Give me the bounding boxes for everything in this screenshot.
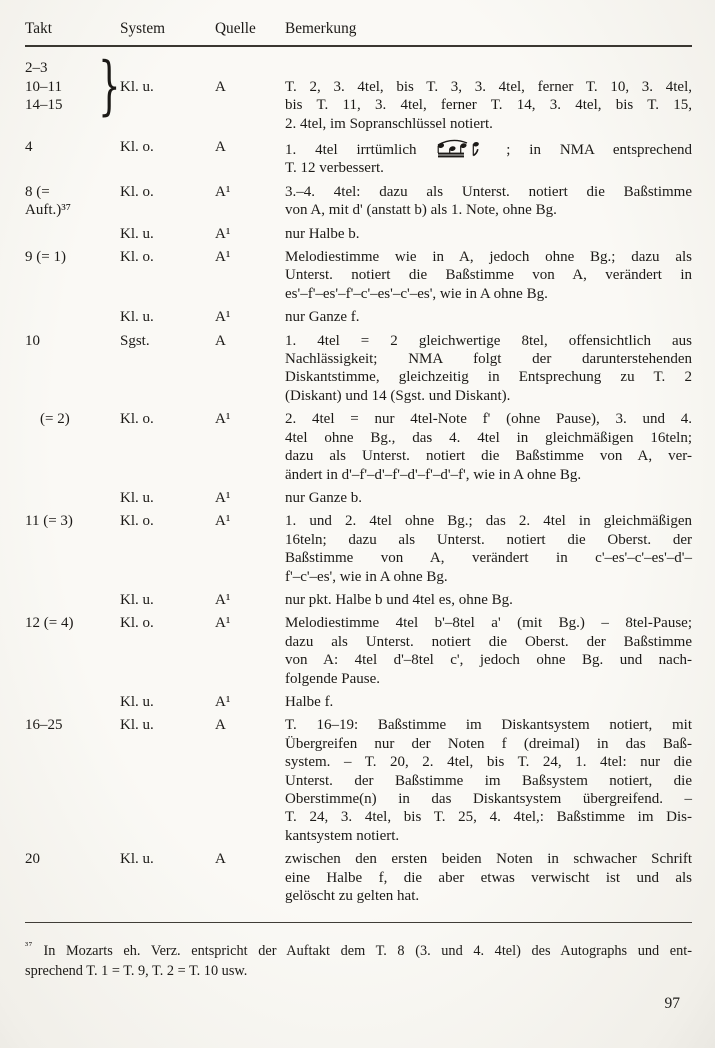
music-notation-icon <box>436 138 486 158</box>
bemerkung-cell: zwischen den ersten beiden Noten in schw… <box>285 850 692 905</box>
bemerkung-text-pre: 1. 4tel irrtümlich <box>285 142 416 158</box>
quelle-cell: A¹ <box>215 225 285 243</box>
table-row: Kl. u. A¹ nur pkt. Halbe b und 4tel es, … <box>25 591 692 609</box>
system-cell: Kl. u. <box>120 308 215 326</box>
takt-cell <box>25 308 120 326</box>
document-page: Takt System Quelle Bemerkung } 2–310–111… <box>0 0 715 1048</box>
bemerkung-cell: nur Ganze f. <box>285 308 692 326</box>
footnote-line-1: ³⁷ In Mozarts eh. Verz. entspricht der A… <box>25 937 692 962</box>
quelle-cell: A¹ <box>215 614 285 688</box>
bemerkung-cell: 1. 4tel = 2 gleichwertige 8tel, offensic… <box>285 332 692 406</box>
system-cell: Kl. o. <box>120 512 215 586</box>
footnote-section: ³⁷ In Mozarts eh. Verz. entspricht der A… <box>25 922 692 981</box>
quelle-cell: A¹ <box>215 693 285 711</box>
bemerkung-cell: Melodiestimme 4tel b'–8tel a' (mit Bg.) … <box>285 614 692 688</box>
table-row: 16–25 Kl. u. A T. 16–19: Baßstimme im Di… <box>25 716 692 845</box>
table-row: Kl. u. A¹ nur Ganze b. <box>25 489 692 507</box>
takt-cell <box>25 591 120 609</box>
footnote-text: In Mozarts eh. Verz. entspricht der Auft… <box>43 943 692 959</box>
table-row: 4 Kl. o. A 1. 4tel irrtümlich <box>25 138 692 178</box>
table-row: 20 Kl. u. A zwischen den ersten beiden N… <box>25 850 692 905</box>
table-header: Takt System Quelle Bemerkung <box>25 20 692 38</box>
table-row: 9 (= 1) Kl. o. A¹ Melodiestimme wie in A… <box>25 248 692 303</box>
bemerkung-cell: Halbe f. <box>285 693 692 711</box>
bemerkung-cell: nur Ganze b. <box>285 489 692 507</box>
system-cell: Kl. o. <box>120 248 215 303</box>
takt-cell: 10 <box>25 332 120 406</box>
bemerkung-cell: T. 16–19: Baßstimme im Diskantsystem not… <box>285 716 692 845</box>
system-cell: Kl. o. <box>120 614 215 688</box>
system-cell: Kl. u. <box>120 489 215 507</box>
column-header-bemerkung: Bemerkung <box>285 20 692 38</box>
system-cell: Kl. o. <box>120 183 215 220</box>
quelle-cell: A <box>215 716 285 845</box>
footnote-line-2: sprechend T. 1 = T. 9, T. 2 = T. 10 usw. <box>25 962 692 982</box>
grouping-brace-icon: } <box>98 59 120 114</box>
takt-cell: 12 (= 4) <box>25 614 120 688</box>
takt-cell: 16–25 <box>25 716 120 845</box>
bemerkung-text-post: ; in NMA entsprechend <box>506 142 692 158</box>
takt-cell: 20 <box>25 850 120 905</box>
table-row: 8 (=Auft.)³⁷ Kl. o. A¹ 3.–4. 4tel: dazu … <box>25 183 692 220</box>
table-row: Kl. u. A¹ nur Ganze f. <box>25 308 692 326</box>
bemerkung-cell: 2. 4tel = nur 4tel-Note f' (ohne Pause),… <box>285 410 692 484</box>
quelle-cell: A <box>215 332 285 406</box>
system-cell: Kl. u. <box>120 59 215 133</box>
takt-cell: 9 (= 1) <box>25 248 120 303</box>
quelle-cell: A¹ <box>215 410 285 484</box>
system-cell: Kl. u. <box>120 716 215 845</box>
system-cell: Kl. o. <box>120 138 215 178</box>
quelle-cell: A <box>215 138 285 178</box>
quelle-cell: A¹ <box>215 489 285 507</box>
column-header-quelle: Quelle <box>215 20 285 38</box>
takt-cell: (= 2) <box>25 410 120 484</box>
system-cell: Kl. u. <box>120 693 215 711</box>
bemerkung-cell: 1. und 2. 4tel ohne Bg.; das 2. 4tel in … <box>285 512 692 586</box>
system-cell: Kl. u. <box>120 591 215 609</box>
footnote-rule <box>25 922 692 923</box>
footnote: ³⁷ In Mozarts eh. Verz. entspricht der A… <box>25 937 692 981</box>
takt-cell: } 2–310–1114–15 <box>25 59 120 133</box>
table-row: 11 (= 3) Kl. o. A¹ 1. und 2. 4tel ohne B… <box>25 512 692 586</box>
bemerkung-line-with-notation: 1. 4tel irrtümlich ; in NMA entsprechend <box>285 138 692 159</box>
takt-cell: 8 (=Auft.)³⁷ <box>25 183 120 220</box>
page-number: 97 <box>665 995 681 1013</box>
table-row: 10 Sgst. A 1. 4tel = 2 gleichwertige 8te… <box>25 332 692 406</box>
bemerkung-cell: nur Halbe b. <box>285 225 692 243</box>
footnote-marker: ³⁷ <box>25 941 33 952</box>
quelle-cell: A¹ <box>215 308 285 326</box>
table-row: } 2–310–1114–15 Kl. u. A T. 2, 3. 4tel, … <box>25 59 692 133</box>
takt-cell: 11 (= 3) <box>25 512 120 586</box>
system-cell: Kl. u. <box>120 225 215 243</box>
takt-cell <box>25 225 120 243</box>
quelle-cell: A <box>215 59 285 133</box>
takt-cell <box>25 489 120 507</box>
bemerkung-cell: 1. 4tel irrtümlich ; in NMA entsprechend <box>285 138 692 178</box>
takt-cell <box>25 693 120 711</box>
quelle-cell: A¹ <box>215 183 285 220</box>
column-header-system: System <box>120 20 215 38</box>
system-cell: Sgst. <box>120 332 215 406</box>
table-row: Kl. u. A¹ Halbe f. <box>25 693 692 711</box>
table-row: (= 2) Kl. o. A¹ 2. 4tel = nur 4tel-Note … <box>25 410 692 484</box>
quelle-cell: A <box>215 850 285 905</box>
bemerkung-cell: T. 2, 3. 4tel, bis T. 3, 3. 4tel, ferner… <box>285 59 692 133</box>
quelle-cell: A¹ <box>215 591 285 609</box>
table-row: Kl. u. A¹ nur Halbe b. <box>25 225 692 243</box>
bemerkung-cell: nur pkt. Halbe b und 4tel es, ohne Bg. <box>285 591 692 609</box>
table-row: 12 (= 4) Kl. o. A¹ Melodiestimme 4tel b'… <box>25 614 692 688</box>
header-rule <box>25 45 692 47</box>
bemerkung-cell: Melodiestimme wie in A, jedoch ohne Bg.;… <box>285 248 692 303</box>
system-cell: Kl. u. <box>120 850 215 905</box>
system-cell: Kl. o. <box>120 410 215 484</box>
column-header-takt: Takt <box>25 20 120 38</box>
bemerkung-cell: 3.–4. 4tel: dazu als Unterst. notiert di… <box>285 183 692 220</box>
quelle-cell: A¹ <box>215 512 285 586</box>
bemerkung-continuation: T. 12 verbessert. <box>285 159 692 177</box>
takt-cell: 4 <box>25 138 120 178</box>
quelle-cell: A¹ <box>215 248 285 303</box>
